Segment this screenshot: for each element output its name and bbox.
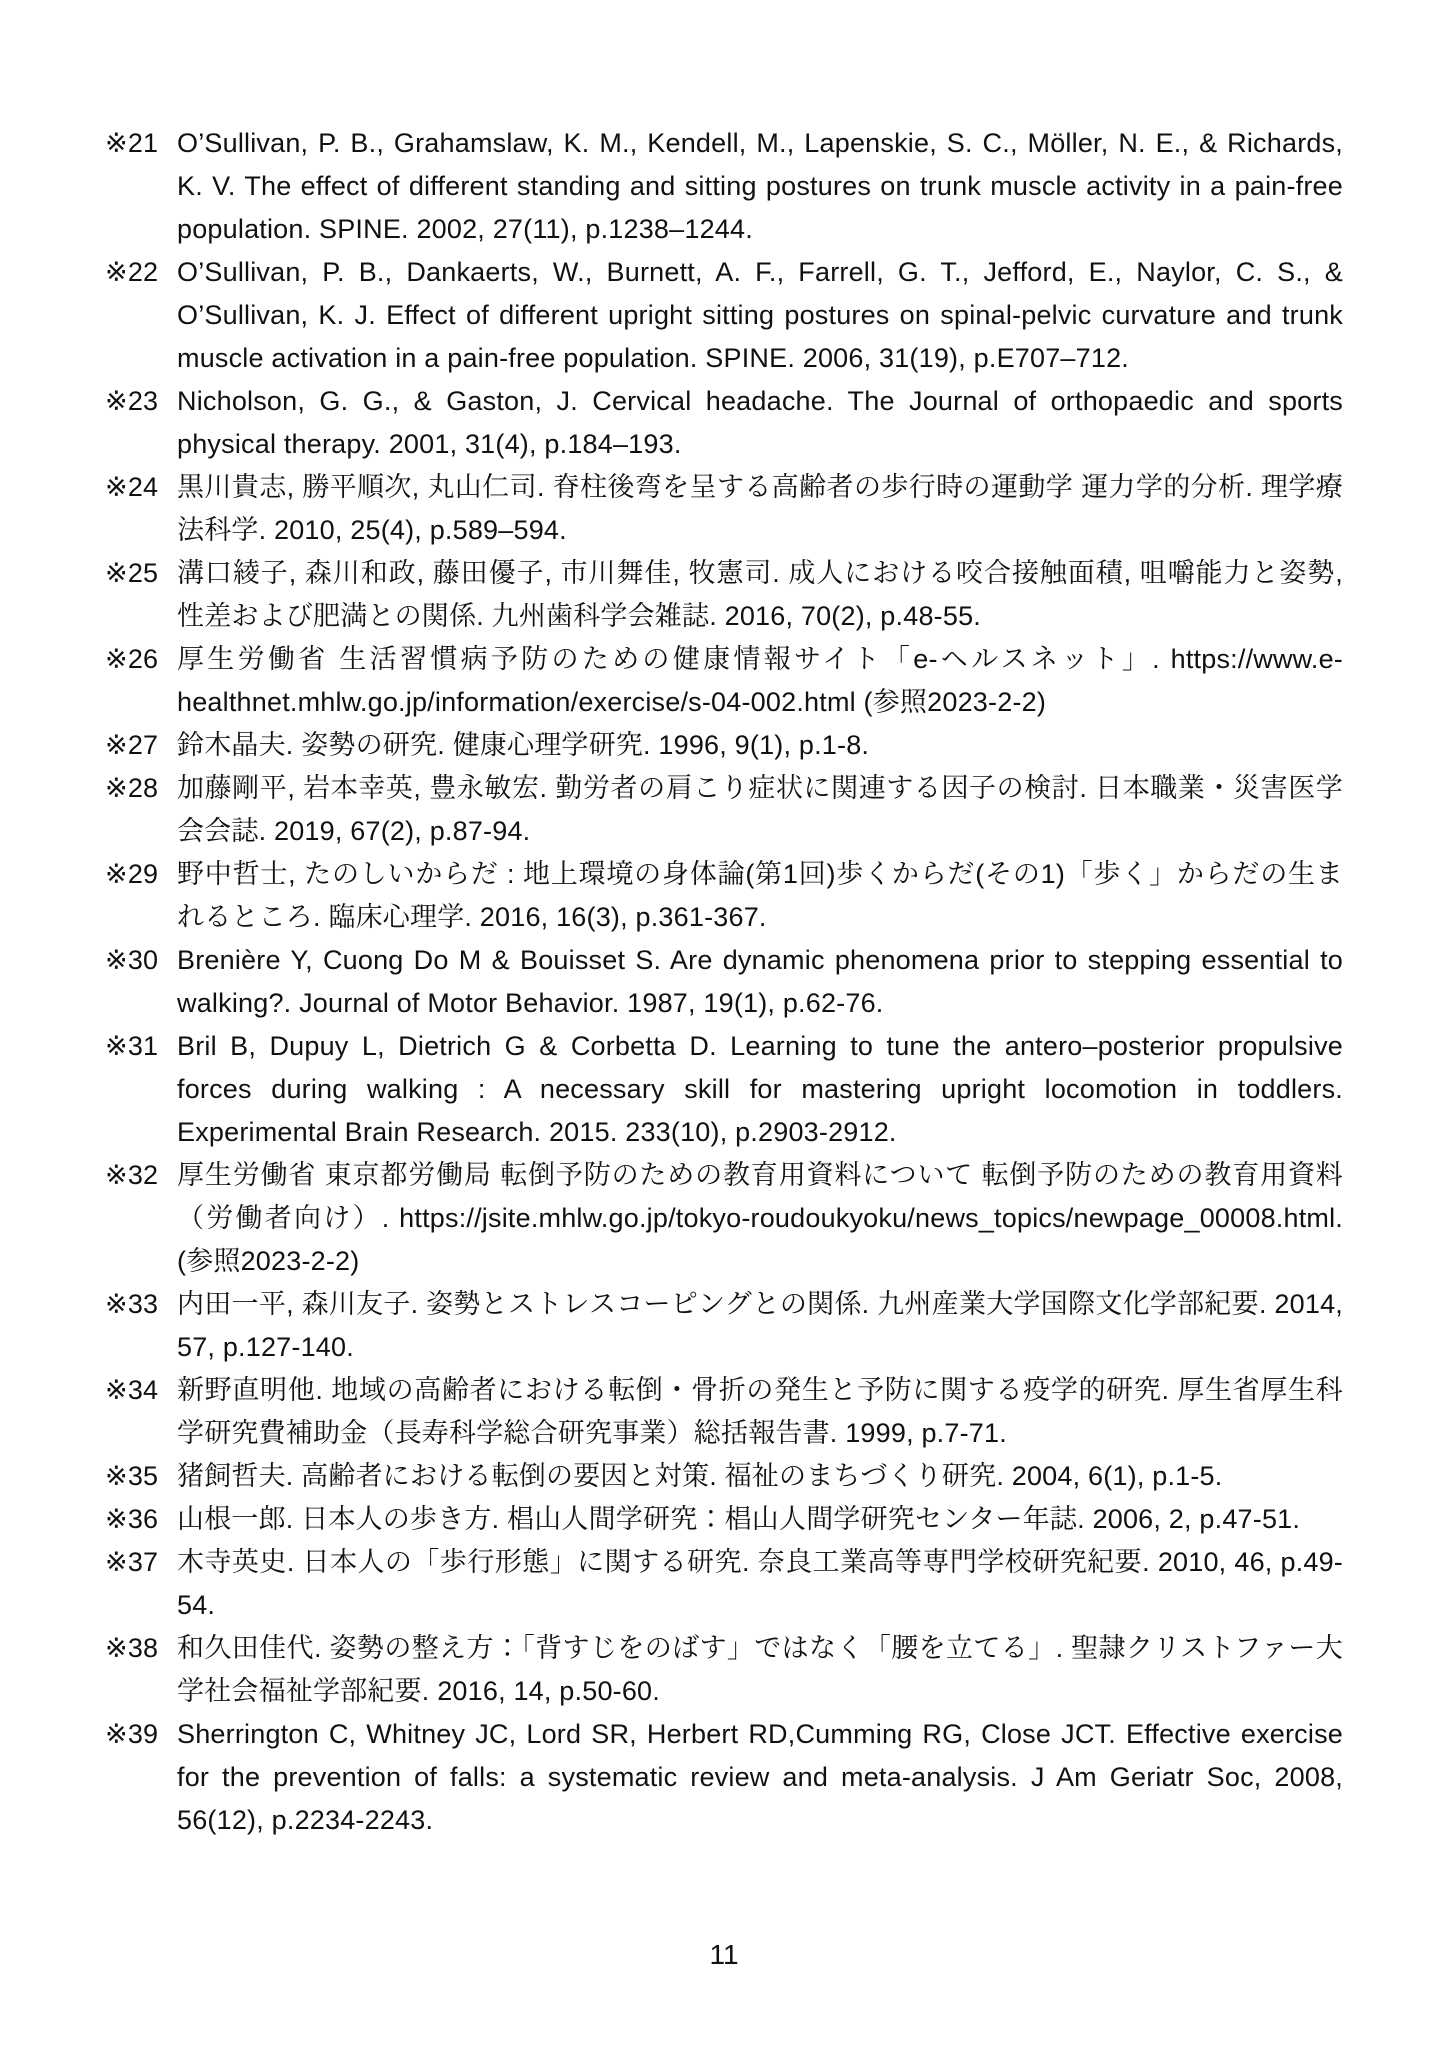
reference-citation: O’Sullivan, P. B., Dankaerts, W., Burnet… <box>177 251 1343 380</box>
reference-number: ※22 <box>105 251 177 294</box>
reference-number: ※34 <box>105 1369 177 1412</box>
reference-item: ※21 O’Sullivan, P. B., Grahamslaw, K. M.… <box>105 122 1343 251</box>
reference-citation: 黒川貴志, 勝平順次, 丸山仁司. 脊柱後弯を呈する高齢者の歩行時の運動学 運力… <box>177 466 1343 552</box>
reference-citation: 野中哲士, たのしいからだ : 地上環境の身体論(第1回)歩くからだ(その1)「… <box>177 853 1343 939</box>
reference-number: ※29 <box>105 853 177 896</box>
reference-citation: 木寺英史. 日本人の「歩行形態」に関する研究. 奈良工業高等専門学校研究紀要. … <box>177 1541 1343 1627</box>
reference-number: ※35 <box>105 1455 177 1498</box>
reference-citation: 鈴木晶夫. 姿勢の研究. 健康心理学研究. 1996, 9(1), p.1-8. <box>177 724 1343 767</box>
reference-item: ※37 木寺英史. 日本人の「歩行形態」に関する研究. 奈良工業高等専門学校研究… <box>105 1541 1343 1627</box>
reference-item: ※38 和久田佳代. 姿勢の整え方：「背すじをのばす」ではなく「腰を立てる」. … <box>105 1627 1343 1713</box>
reference-item: ※27 鈴木晶夫. 姿勢の研究. 健康心理学研究. 1996, 9(1), p.… <box>105 724 1343 767</box>
reference-list: ※21 O’Sullivan, P. B., Grahamslaw, K. M.… <box>105 122 1343 1842</box>
reference-item: ※34 新野直明他. 地域の高齢者における転倒・骨折の発生と予防に関する疫学的研… <box>105 1369 1343 1455</box>
reference-citation: 山根一郎. 日本人の歩き方. 椙山人間学研究：椙山人間学研究センター年誌. 20… <box>177 1498 1343 1541</box>
reference-number: ※21 <box>105 122 177 165</box>
reference-item: ※22 O’Sullivan, P. B., Dankaerts, W., Bu… <box>105 251 1343 380</box>
reference-citation: 溝口綾子, 森川和政, 藤田優子, 市川舞佳, 牧憲司. 成人における咬合接触面… <box>177 552 1343 638</box>
reference-citation: 厚生労働省 東京都労働局 転倒予防のための教育用資料について 転倒予防のための教… <box>177 1154 1343 1283</box>
reference-number: ※31 <box>105 1025 177 1068</box>
reference-item: ※24 黒川貴志, 勝平順次, 丸山仁司. 脊柱後弯を呈する高齢者の歩行時の運動… <box>105 466 1343 552</box>
reference-number: ※25 <box>105 552 177 595</box>
reference-item: ※23 Nicholson, G. G., & Gaston, J. Cervi… <box>105 380 1343 466</box>
reference-item: ※29 野中哲士, たのしいからだ : 地上環境の身体論(第1回)歩くからだ(そ… <box>105 853 1343 939</box>
reference-citation: O’Sullivan, P. B., Grahamslaw, K. M., Ke… <box>177 122 1343 251</box>
reference-number: ※32 <box>105 1154 177 1197</box>
reference-number: ※39 <box>105 1713 177 1756</box>
reference-citation: Sherrington C, Whitney JC, Lord SR, Herb… <box>177 1713 1343 1842</box>
reference-item: ※32 厚生労働省 東京都労働局 転倒予防のための教育用資料について 転倒予防の… <box>105 1154 1343 1283</box>
reference-citation: 和久田佳代. 姿勢の整え方：「背すじをのばす」ではなく「腰を立てる」. 聖隷クリ… <box>177 1627 1343 1713</box>
reference-number: ※27 <box>105 724 177 767</box>
reference-item: ※25 溝口綾子, 森川和政, 藤田優子, 市川舞佳, 牧憲司. 成人における咬… <box>105 552 1343 638</box>
reference-item: ※36 山根一郎. 日本人の歩き方. 椙山人間学研究：椙山人間学研究センター年誌… <box>105 1498 1343 1541</box>
reference-number: ※24 <box>105 466 177 509</box>
reference-citation: Bril B, Dupuy L, Dietrich G & Corbetta D… <box>177 1025 1343 1154</box>
reference-item: ※26 厚生労働省 生活習慣病予防のための健康情報サイト「e-ヘルスネット」. … <box>105 638 1343 724</box>
reference-number: ※28 <box>105 767 177 810</box>
reference-number: ※30 <box>105 939 177 982</box>
reference-citation: 内田一平, 森川友子. 姿勢とストレスコーピングとの関係. 九州産業大学国際文化… <box>177 1283 1343 1369</box>
reference-item: ※39 Sherrington C, Whitney JC, Lord SR, … <box>105 1713 1343 1842</box>
reference-number: ※36 <box>105 1498 177 1541</box>
reference-number: ※33 <box>105 1283 177 1326</box>
reference-item: ※35 猪飼哲夫. 高齢者における転倒の要因と対策. 福祉のまちづくり研究. 2… <box>105 1455 1343 1498</box>
document-page: ※21 O’Sullivan, P. B., Grahamslaw, K. M.… <box>0 0 1448 2048</box>
reference-number: ※37 <box>105 1541 177 1584</box>
reference-citation: Brenière Y, Cuong Do M & Bouisset S. Are… <box>177 939 1343 1025</box>
reference-item: ※28 加藤剛平, 岩本幸英, 豊永敏宏. 勤労者の肩こり症状に関連する因子の検… <box>105 767 1343 853</box>
reference-citation: 厚生労働省 生活習慣病予防のための健康情報サイト「e-ヘルスネット」. http… <box>177 638 1343 724</box>
reference-citation: Nicholson, G. G., & Gaston, J. Cervical … <box>177 380 1343 466</box>
reference-item: ※30 Brenière Y, Cuong Do M & Bouisset S.… <box>105 939 1343 1025</box>
reference-number: ※26 <box>105 638 177 681</box>
reference-number: ※38 <box>105 1627 177 1670</box>
page-number: 11 <box>0 1938 1448 1972</box>
reference-citation: 加藤剛平, 岩本幸英, 豊永敏宏. 勤労者の肩こり症状に関連する因子の検討. 日… <box>177 767 1343 853</box>
reference-citation: 猪飼哲夫. 高齢者における転倒の要因と対策. 福祉のまちづくり研究. 2004,… <box>177 1455 1343 1498</box>
reference-number: ※23 <box>105 380 177 423</box>
reference-item: ※33 内田一平, 森川友子. 姿勢とストレスコーピングとの関係. 九州産業大学… <box>105 1283 1343 1369</box>
reference-item: ※31 Bril B, Dupuy L, Dietrich G & Corbet… <box>105 1025 1343 1154</box>
reference-citation: 新野直明他. 地域の高齢者における転倒・骨折の発生と予防に関する疫学的研究. 厚… <box>177 1369 1343 1455</box>
